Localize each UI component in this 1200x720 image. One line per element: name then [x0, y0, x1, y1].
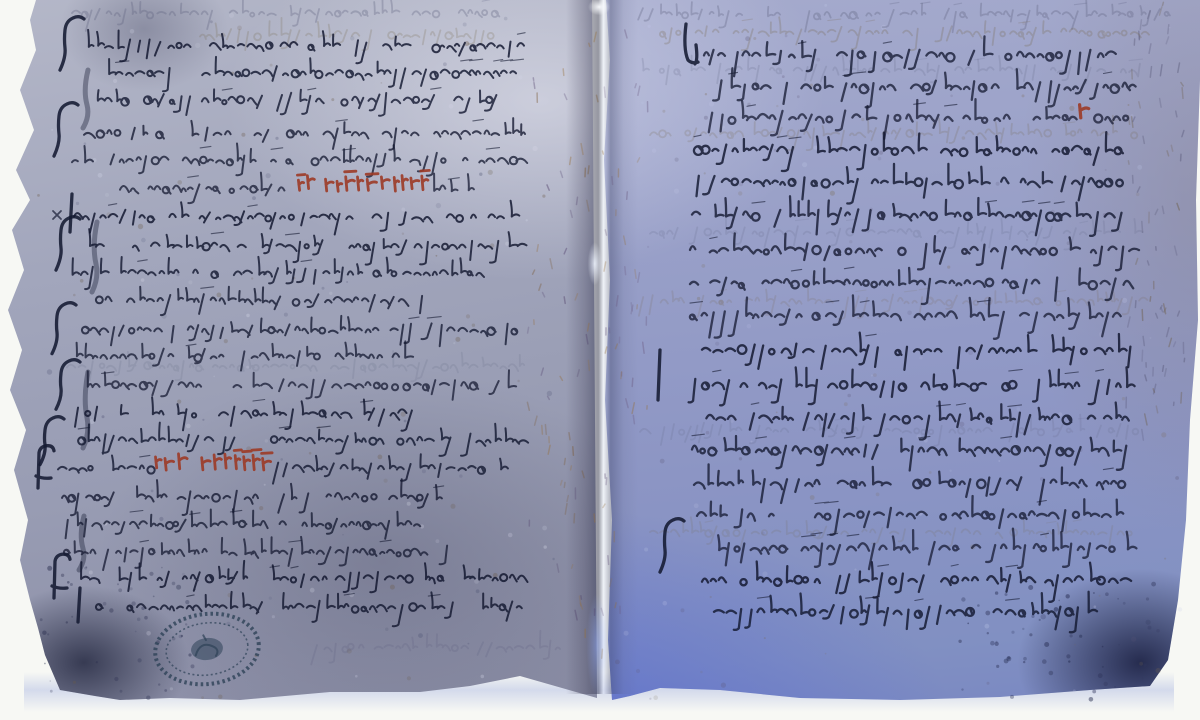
left-page-text-lines: [58, 30, 528, 626]
enlarged-initials: [36, 17, 698, 622]
manuscript-photo: [0, 0, 1200, 720]
handwriting-overlay: [0, 0, 1200, 720]
margin-marks: [53, 211, 61, 219]
right-page-text-lines: [689, 36, 1139, 632]
library-stamp: [151, 608, 263, 690]
